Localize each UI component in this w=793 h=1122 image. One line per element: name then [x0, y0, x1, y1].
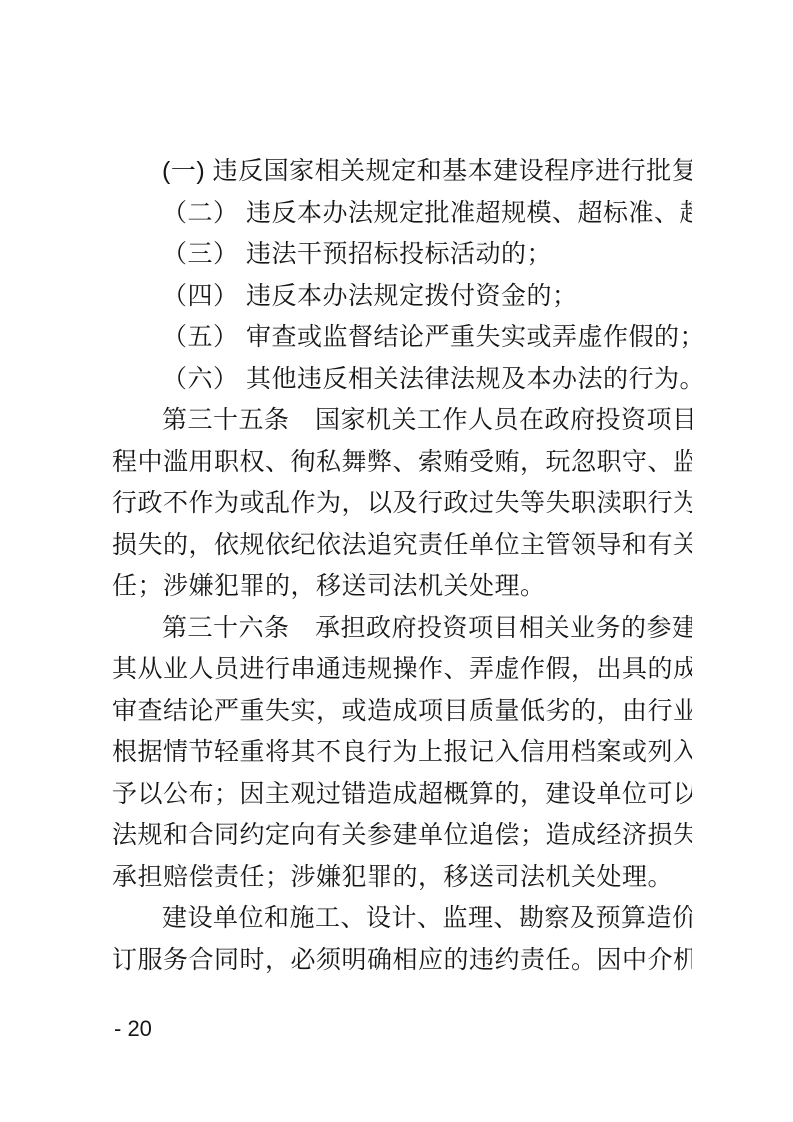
text-line: 订服务合同时，必须明确相应的违约责任。因中介机构过错造 [112, 940, 692, 982]
page-number: - 20 [114, 1014, 152, 1044]
text-line: （二） 违反本办法规定批准超规模、超标准、超概算的； [112, 193, 692, 235]
document-body: (一) 违反国家相关规定和基本建设程序进行批复 (许可) 的;（二） 违反本办法… [112, 151, 692, 981]
text-line: 建设单位和施工、设计、监理、勘察及预算造价等单位签 [112, 898, 692, 940]
text-line: 其从业人员进行串通违规操作、弄虚作假，出具的成果报告或 [112, 649, 692, 691]
text-line: （三） 违法干预招标投标活动的； [112, 234, 692, 276]
text-line: 行政不作为或乱作为，以及行政过失等失职渎职行为造成重大 [112, 483, 692, 525]
text-line: (一) 违反国家相关规定和基本建设程序进行批复 (许可) 的; [112, 151, 692, 193]
text-line: 审查结论严重失实，或造成项目质量低劣的，由行业主管部门 [112, 691, 692, 733]
text-line: 承担赔偿责任；涉嫌犯罪的，移送司法机关处理。 [112, 857, 692, 899]
text-line: 程中滥用职权、徇私舞弊、索贿受贿，玩忽职守、监管不力、 [112, 442, 692, 484]
text-line: （五） 审查或监督结论严重失实或弄虚作假的； [112, 317, 692, 359]
text-line: 损失的，依规依纪依法追究责任单位主管领导和有关人员的责 [112, 525, 692, 567]
document-page: (一) 违反国家相关规定和基本建设程序进行批复 (许可) 的;（二） 违反本办法… [0, 0, 793, 1122]
text-line: 任；涉嫌犯罪的，移送司法机关处理。 [112, 566, 692, 608]
text-line: 予以公布；因主观过错造成超概算的，建设单位可以根据法律 [112, 774, 692, 816]
text-line: 法规和合同约定向有关参建单位追偿；造成经济损失的，依法 [112, 815, 692, 857]
text-line: 根据情节轻重将其不良行为上报记入信用档案或列入黑名单 [112, 732, 692, 774]
text-line: 第三十五条 国家机关工作人员在政府投资项目实施过 [112, 400, 692, 442]
text-line: （六） 其他违反相关法律法规及本办法的行为。 [112, 359, 692, 401]
text-line: （四） 违反本办法规定拨付资金的； [112, 276, 692, 318]
text-line: 第三十六条 承担政府投资项目相关业务的参建单位及 [112, 608, 692, 650]
